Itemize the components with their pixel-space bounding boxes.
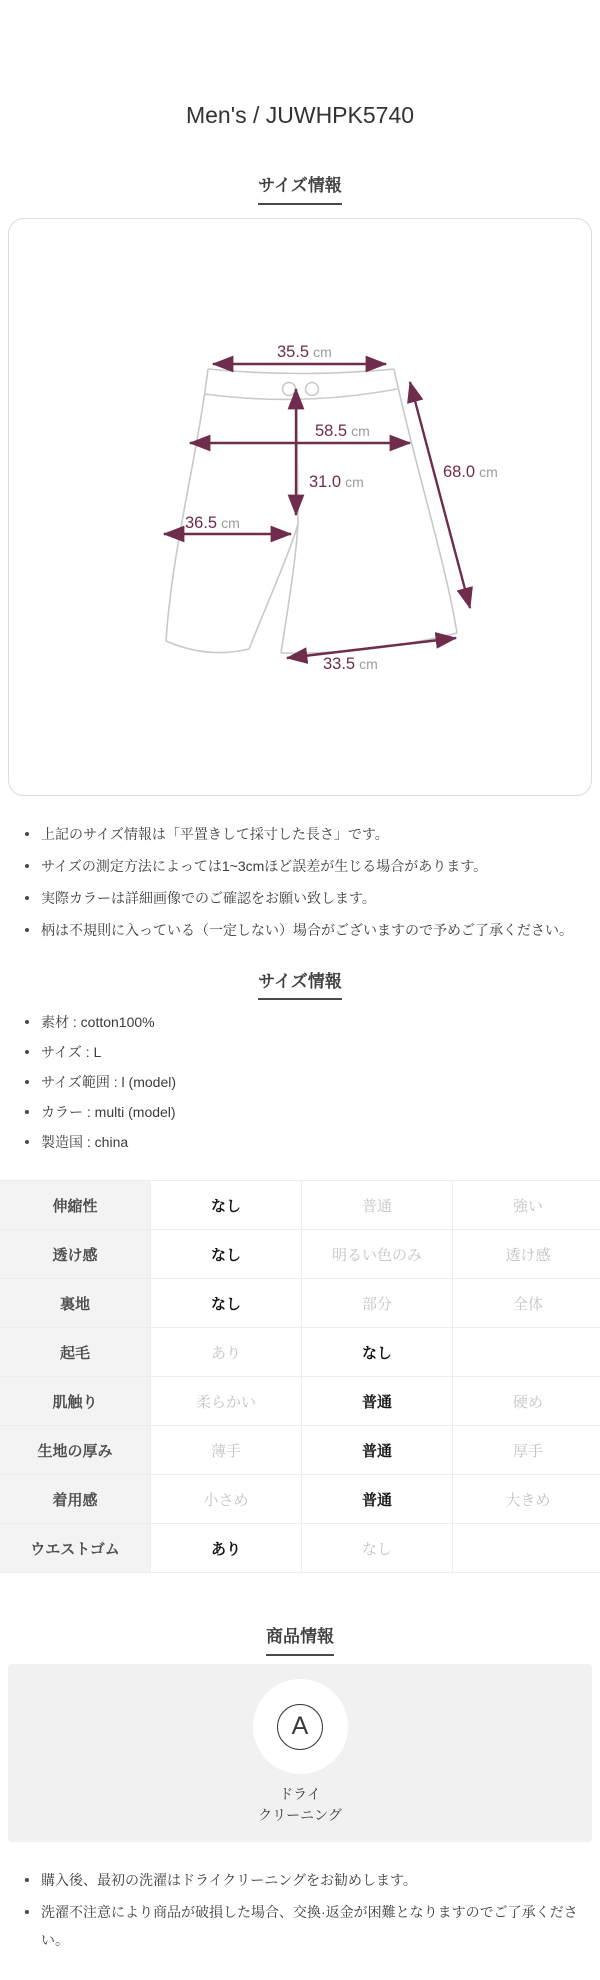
shorts-right-outer-seam <box>394 369 457 633</box>
measure-line-hem-width <box>287 638 456 658</box>
care-label-line1: ドライ <box>258 1784 342 1805</box>
attributes-table: 伸縮性なし普通強い透け感なし明るい色のみ透け感裏地なし部分全体起毛ありなし肌触り… <box>0 1180 600 1573</box>
note-item: 実際カラーは詳細画像でのご確認をお願い致します。 <box>24 884 588 912</box>
attribute-label: 透け感 <box>0 1230 151 1279</box>
attribute-option: 全体 <box>453 1279 600 1328</box>
care-label-line2: クリーニング <box>258 1805 342 1826</box>
product-section-header: 商品情報 <box>0 1627 600 1656</box>
note-item: サイズ : L <box>24 1038 588 1066</box>
attribute-row: 肌触り柔らかい普通硬め <box>0 1377 600 1426</box>
attribute-label: 着用感 <box>0 1475 151 1524</box>
attribute-option: 小さめ <box>151 1475 302 1524</box>
spec-section-header: サイズ情報 <box>0 972 600 1001</box>
size-diagram-box: 35.5cm 58.5cm 31.0cm 68.0cm 36.5cm 33.5c… <box>8 218 592 796</box>
note-item: 柄は不規則に入っている（一定しない）場合がございますので予めご了承ください。 <box>24 916 588 944</box>
care-label: ドライ クリーニング <box>258 1784 342 1826</box>
attribute-row: 着用感小さめ普通大きめ <box>0 1475 600 1524</box>
shorts-left-outer-seam <box>166 369 208 641</box>
attribute-option: 柔らかい <box>151 1377 302 1426</box>
attribute-option: 薄手 <box>151 1426 302 1475</box>
attribute-option: 厚手 <box>453 1426 600 1475</box>
measure-label-hip-width: 58.5cm <box>315 422 370 440</box>
measure-label-total-length: 68.0cm <box>443 463 498 481</box>
measure-label-thigh-width: 36.5cm <box>185 514 240 532</box>
attribute-option-selected: 普通 <box>302 1426 453 1475</box>
attribute-option-selected: 普通 <box>302 1475 453 1524</box>
measure-line-total-length <box>410 382 470 608</box>
spec-list: 素材 : cotton100%サイズ : Lサイズ範囲 : l (model)カ… <box>0 1008 600 1156</box>
attribute-option: 普通 <box>302 1181 453 1230</box>
product-notes-list: 購入後、最初の洗濯はドライクリーニングをお勧めします。洗濯不注意により商品が破損… <box>0 1866 600 1954</box>
measure-label-rise-length: 31.0cm <box>309 473 364 491</box>
shorts-outline <box>166 369 457 653</box>
attribute-option-selected: あり <box>151 1524 302 1573</box>
attribute-option-selected: 普通 <box>302 1377 453 1426</box>
size-notes-list: 上記のサイズ情報は「平置きして採寸した長さ」です。サイズの測定方法によっては1~… <box>0 820 600 944</box>
note-item: サイズの測定方法によっては1~3cmほど誤差が生じる場合があります。 <box>24 852 588 880</box>
attribute-option: 強い <box>453 1181 600 1230</box>
attribute-row: 伸縮性なし普通強い <box>0 1181 600 1230</box>
shorts-right-hem <box>281 633 457 653</box>
attribute-label: 肌触り <box>0 1377 151 1426</box>
measure-label-waist-width: 35.5cm <box>277 343 332 361</box>
shorts-button-right <box>306 382 319 395</box>
attribute-row: 裏地なし部分全体 <box>0 1279 600 1328</box>
shorts-waistband-bottom <box>205 389 397 399</box>
attribute-row: 透け感なし明るい色のみ透け感 <box>0 1230 600 1279</box>
size-section-header: サイズ情報 <box>0 176 600 205</box>
note-item: カラー : multi (model) <box>24 1098 588 1126</box>
page-title: Men's / JUWHPK5740 <box>0 0 600 127</box>
attribute-option: なし <box>302 1524 453 1573</box>
attribute-option: 硬め <box>453 1377 600 1426</box>
measure-label-hem-width: 33.5cm <box>323 655 378 673</box>
attribute-option: 明るい色のみ <box>302 1230 453 1279</box>
product-section-title: 商品情報 <box>266 1627 334 1656</box>
note-item: サイズ範囲 : l (model) <box>24 1068 588 1096</box>
attribute-option <box>453 1524 600 1573</box>
attribute-label: 起毛 <box>0 1328 151 1377</box>
shorts-left-hem <box>166 641 249 653</box>
attribute-option: あり <box>151 1328 302 1377</box>
attribute-option: 大きめ <box>453 1475 600 1524</box>
note-item: 購入後、最初の洗濯はドライクリーニングをお勧めします。 <box>24 1866 588 1894</box>
shorts-waist-top <box>208 369 394 374</box>
attribute-row: ウエストゴムありなし <box>0 1524 600 1573</box>
note-item: 上記のサイズ情報は「平置きして採寸した長さ」です。 <box>24 820 588 848</box>
note-item: 素材 : cotton100% <box>24 1008 588 1036</box>
attribute-option <box>453 1328 600 1377</box>
attribute-option: 透け感 <box>453 1230 600 1279</box>
attribute-label: 伸縮性 <box>0 1181 151 1230</box>
spec-section-title: サイズ情報 <box>258 972 342 1001</box>
attribute-option-selected: なし <box>302 1328 453 1377</box>
attribute-option-selected: なし <box>151 1230 302 1279</box>
attribute-option: 部分 <box>302 1279 453 1328</box>
attribute-option-selected: なし <box>151 1181 302 1230</box>
attribute-label: 裏地 <box>0 1279 151 1328</box>
size-section-title: サイズ情報 <box>258 176 342 205</box>
size-diagram: 35.5cm 58.5cm 31.0cm 68.0cm 36.5cm 33.5c… <box>9 219 591 796</box>
attribute-label: ウエストゴム <box>0 1524 151 1573</box>
care-box: A ドライ クリーニング <box>8 1664 592 1842</box>
attribute-label: 生地の厚み <box>0 1426 151 1475</box>
attribute-row: 起毛ありなし <box>0 1328 600 1377</box>
note-item: 製造国 : china <box>24 1128 588 1156</box>
care-circle: A <box>253 1679 348 1774</box>
shorts-button-left <box>283 382 296 395</box>
shorts-right-inner-seam <box>281 524 298 653</box>
care-symbol-letter: A <box>292 1714 309 1739</box>
attribute-row: 生地の厚み薄手普通厚手 <box>0 1426 600 1475</box>
dry-cleaning-icon: A <box>277 1704 323 1750</box>
note-item: 洗濯不注意により商品が破損した場合、交換·返金が困難となりますのでご了承ください… <box>24 1898 588 1954</box>
attribute-option-selected: なし <box>151 1279 302 1328</box>
